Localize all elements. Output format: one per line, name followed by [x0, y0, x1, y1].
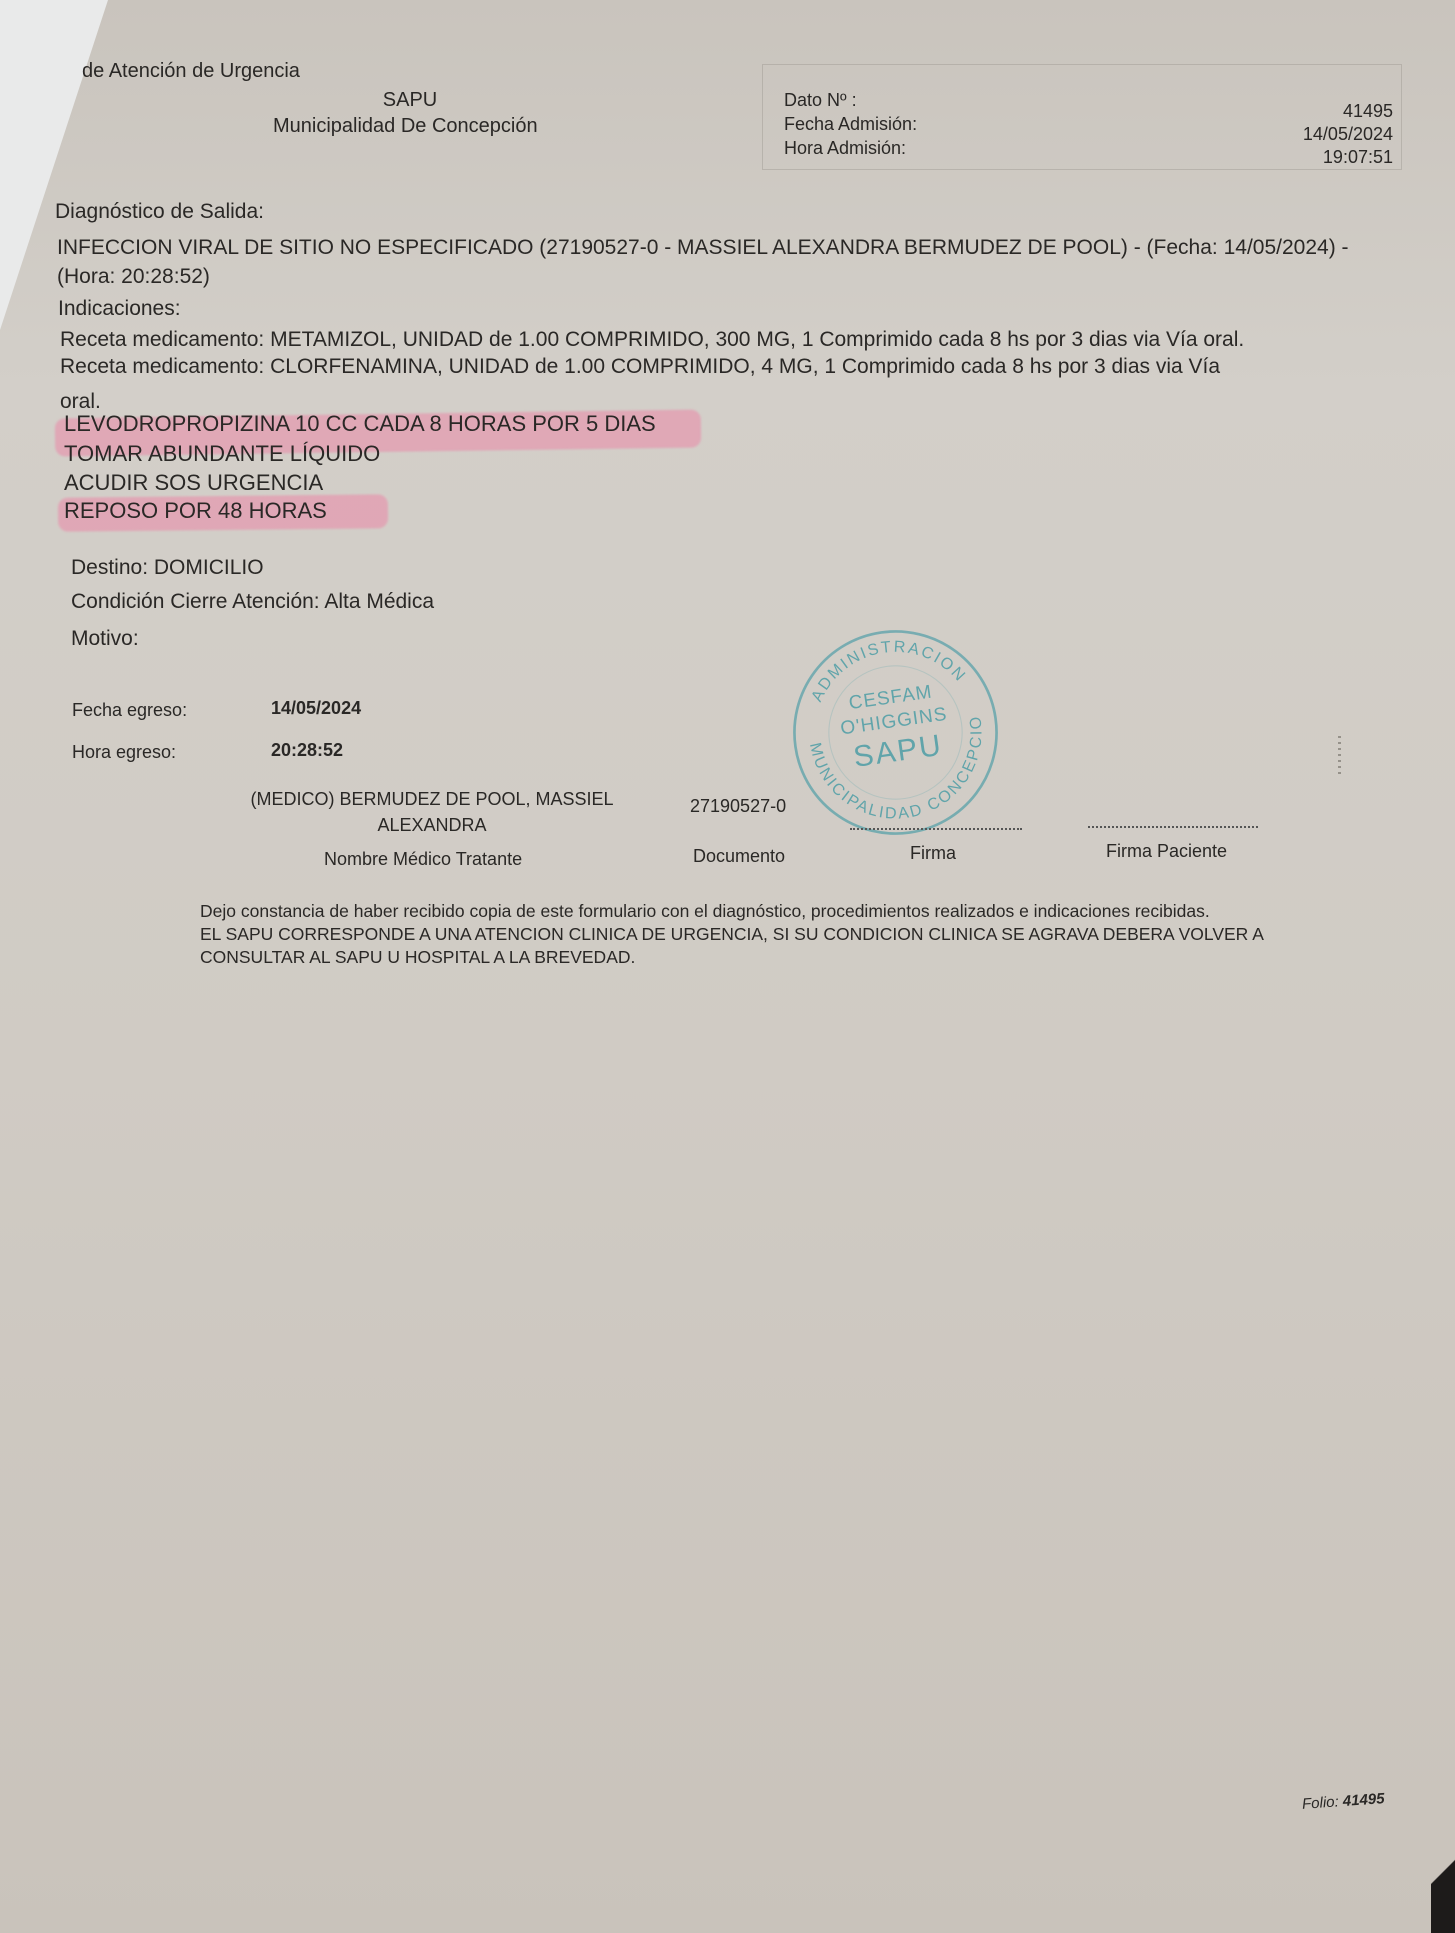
hora-admision-value: 19:07:51: [1323, 147, 1393, 168]
disclaimer-line-1: Dejo constancia de haber recibido copia …: [200, 900, 1280, 923]
indication-note: REPOSO POR 48 HORAS: [64, 498, 327, 524]
paper-specks: [1338, 736, 1341, 776]
doctor-label: Nombre Médico Tratante: [324, 849, 522, 870]
diagnosis-label: Diagnóstico de Salida:: [55, 200, 264, 224]
doctor-name: (MEDICO) BERMUDEZ DE POOL, MASSIEL ALEXA…: [232, 786, 632, 838]
fecha-egreso-label: Fecha egreso:: [72, 700, 187, 721]
org-name: SAPU: [380, 89, 440, 112]
indications-label: Indicaciones:: [58, 297, 181, 321]
hora-admision-label: Hora Admisión:: [784, 138, 906, 159]
dato-value: 41495: [1343, 101, 1393, 122]
condicion-field: Condición Cierre Atención: Alta Médica: [71, 590, 434, 614]
prescription-line: Receta medicamento: CLORFENAMINA, UNIDAD…: [60, 355, 1220, 379]
form-title: de Atención de Urgencia: [82, 60, 300, 83]
disclaimer: Dejo constancia de haber recibido copia …: [200, 900, 1280, 969]
diagnosis-text: INFECCION VIRAL DE SITIO NO ESPECIFICADO…: [57, 233, 1397, 291]
firma-paciente-label: Firma Paciente: [1106, 841, 1227, 862]
motivo-field: Motivo:: [71, 627, 139, 651]
fecha-admision-label: Fecha Admisión:: [784, 114, 917, 135]
hora-egreso-value: 20:28:52: [271, 740, 343, 761]
dato-label: Dato Nº :: [784, 90, 857, 111]
indication-note: TOMAR ABUNDANTE LÍQUIDO: [64, 441, 380, 467]
background-shadow: [1431, 1823, 1455, 1933]
indication-note: ACUDIR SOS URGENCIA: [64, 470, 323, 496]
fecha-admision-value: 14/05/2024: [1303, 124, 1393, 145]
disclaimer-line-2: EL SAPU CORRESPONDE A UNA ATENCION CLINI…: [200, 923, 1280, 969]
document-number: 27190527-0: [690, 796, 786, 817]
municipality-name: Municipalidad De Concepción: [273, 115, 538, 138]
document-label: Documento: [693, 846, 785, 867]
institution-stamp: ADMINISTRACION I. MUNICIPALIDAD CONCEPCI…: [774, 611, 1017, 854]
firma-paciente-line: [1088, 826, 1258, 828]
firma-label: Firma: [910, 843, 956, 864]
destino-field: Destino: DOMICILIO: [71, 556, 264, 580]
firma-line: [850, 828, 1022, 830]
prescription-line: Receta medicamento: METAMIZOL, UNIDAD de…: [60, 328, 1244, 352]
folio-label: Folio:: [1302, 1793, 1340, 1813]
indication-note: LEVODROPROPIZINA 10 CC CADA 8 HORAS POR …: [64, 411, 656, 437]
hora-egreso-label: Hora egreso:: [72, 742, 176, 763]
folio-value: 41495: [1342, 1790, 1385, 1810]
fecha-egreso-value: 14/05/2024: [271, 698, 361, 719]
